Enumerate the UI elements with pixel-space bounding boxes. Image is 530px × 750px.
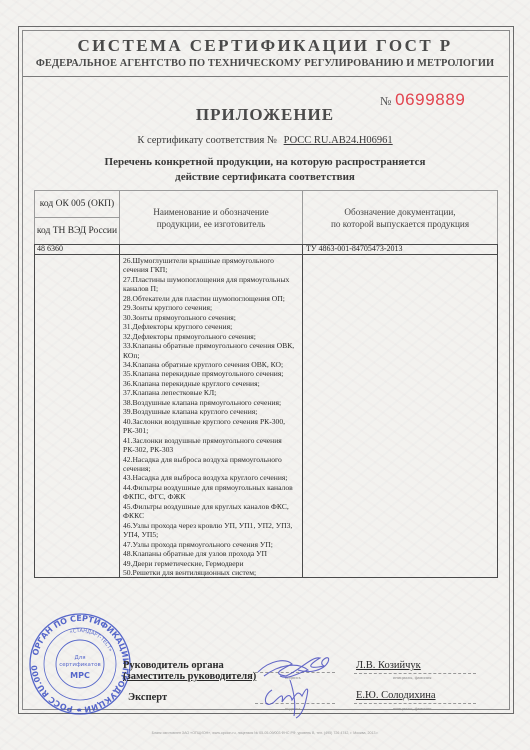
documentation-cell: ТУ 4863-001-84705473-2013	[306, 244, 403, 253]
svg-text:МРС: МРС	[70, 671, 90, 680]
column-divider	[302, 245, 303, 577]
documentation-header-line-1: Обозначение документации,	[331, 206, 469, 218]
certificate-reference: К сертификату соответствия № РОСС RU.АВ2…	[0, 135, 530, 146]
svg-text:сертификатов: сертификатов	[59, 662, 100, 668]
list-item: 33.Клапаны обратные прямоугольного сечен…	[123, 341, 301, 360]
intro-line-1: Перечень конкретной продукции, на котору…	[0, 155, 530, 170]
list-item: 43.Насадка для выброса воздуха круглого …	[123, 473, 301, 482]
expert-name: Е.Ю. Солодихина	[356, 690, 436, 701]
handwritten-signatures	[250, 640, 340, 720]
list-item: 36.Клапана перекидные круглого сечения;	[123, 379, 301, 388]
code-header-cell: код ОК 005 (ОКП) код ТН ВЭД России	[35, 191, 120, 244]
svg-text:Для: Для	[74, 655, 85, 661]
list-item: 49.Двери герметические, Гермодвери	[123, 559, 301, 568]
list-item: 48.Клапаны обратные для узлов прохода УП	[123, 549, 301, 558]
list-item: 37.Клапана лепестковые КЛ;	[123, 388, 301, 397]
list-item: 39.Воздушные клапана круглого сечения;	[123, 407, 301, 416]
head-name: Л.В. Козийчук	[356, 660, 421, 671]
product-name-header: Наименование и обозначение продукции, ее…	[120, 191, 303, 244]
intro-line-2: действие сертификата соответствия	[0, 170, 530, 185]
documentation-header-line-2: по которой выпускается продукция	[331, 218, 469, 230]
list-item: 40.Заслонки воздушные круглого сечения Р…	[123, 417, 301, 436]
appendix-title: ПРИЛОЖЕНИЕ	[0, 105, 530, 125]
head-name-line	[354, 673, 476, 674]
product-name-header-line-1: Наименование и обозначение	[153, 206, 268, 218]
list-item: 42.Насадка для выброса воздуха прямоугол…	[123, 455, 301, 474]
expert-name-line	[354, 703, 476, 704]
svg-text:★: ★	[77, 707, 82, 714]
list-item: 34.Клапана обратные круглого сечения ОВК…	[123, 360, 301, 369]
list-item: 38.Воздушные клапана прямоугольного сече…	[123, 398, 301, 407]
list-item: 41.Заслонки воздушные прямоугольного сеч…	[123, 436, 301, 455]
list-item: 35.Клапана перекидные прямоугольного сеч…	[123, 369, 301, 378]
table-row	[35, 245, 497, 255]
product-name-header-line-2: продукции, ее изготовитель	[153, 218, 268, 230]
header-separator	[23, 76, 508, 77]
certification-body-stamp: ОРГАН ПО СЕРТИФИКАЦИИ ПРОДУКЦИИ • РОСС R…	[28, 612, 132, 716]
list-item: 31.Дефлекторы круглого сечения;	[123, 322, 301, 331]
list-item: 44.Фильтры воздушные для прямоугольных к…	[123, 483, 301, 502]
certification-system-title: СИСТЕМА СЕРТИФИКАЦИИ ГОСТ Р	[0, 36, 530, 56]
list-item: 28.Обтекатели для пластин шумопоглощения…	[123, 294, 301, 303]
product-table-body: 48 6360 ТУ 4863-001-84705473-2013 26.Шум…	[34, 244, 498, 578]
certificate-label: К сертификату соответствия №	[137, 135, 277, 146]
list-item: 50.Решетки для вентиляционных систем;	[123, 568, 301, 577]
okp-code-header: код ОК 005 (ОКП)	[35, 191, 119, 218]
list-item: 32.Дефлекторы прямоугольного сечения;	[123, 332, 301, 341]
head-label-line-2: (заместитель руководителя)	[123, 671, 256, 682]
list-item: 46.Узлы прохода через кровлю УП, УП1, УП…	[123, 521, 301, 540]
list-item: 45.Фильтры воздушные для круглых каналов…	[123, 502, 301, 521]
certificate-number: РОСС RU.АВ24.Н06961	[284, 135, 393, 146]
agency-name: ФЕДЕРАЛЬНОЕ АГЕНТСТВО ПО ТЕХНИЧЕСКОМУ РЕ…	[0, 58, 530, 69]
form-printer-note: Бланк изготовлен ЗАО «ОПЦИОН», www.opcio…	[0, 731, 530, 735]
name-caption: инициалы, фамилия	[393, 706, 432, 711]
documentation-header: Обозначение документации, по которой вып…	[303, 191, 497, 244]
expert-label: Эксперт	[128, 692, 167, 703]
list-item: 47.Узлы прохода прямоугольного сечения У…	[123, 540, 301, 549]
list-item: 29.Зонты круглого сечения;	[123, 303, 301, 312]
tnved-code-header: код ТН ВЭД России	[35, 218, 119, 244]
head-of-body-label: Руководитель органа (заместитель руковод…	[123, 660, 256, 682]
head-label-line-1: Руководитель органа	[123, 660, 256, 671]
list-item: 30.Зонты прямоугольного сечения;	[123, 313, 301, 322]
product-items-list: 26.Шумоглушители крышные прямоугольного …	[123, 256, 301, 577]
list-item: 27.Пластины шумопоглощения для прямоугол…	[123, 275, 301, 294]
okp-code-cell: 48 6360	[37, 244, 63, 253]
list-item: 26.Шумоглушители крышные прямоугольного …	[123, 256, 301, 275]
product-list-intro: Перечень конкретной продукции, на котору…	[0, 155, 530, 185]
name-caption: инициалы, фамилия	[393, 675, 432, 680]
column-divider	[119, 245, 120, 577]
product-table-header: код ОК 005 (ОКП) код ТН ВЭД России Наиме…	[34, 190, 498, 245]
